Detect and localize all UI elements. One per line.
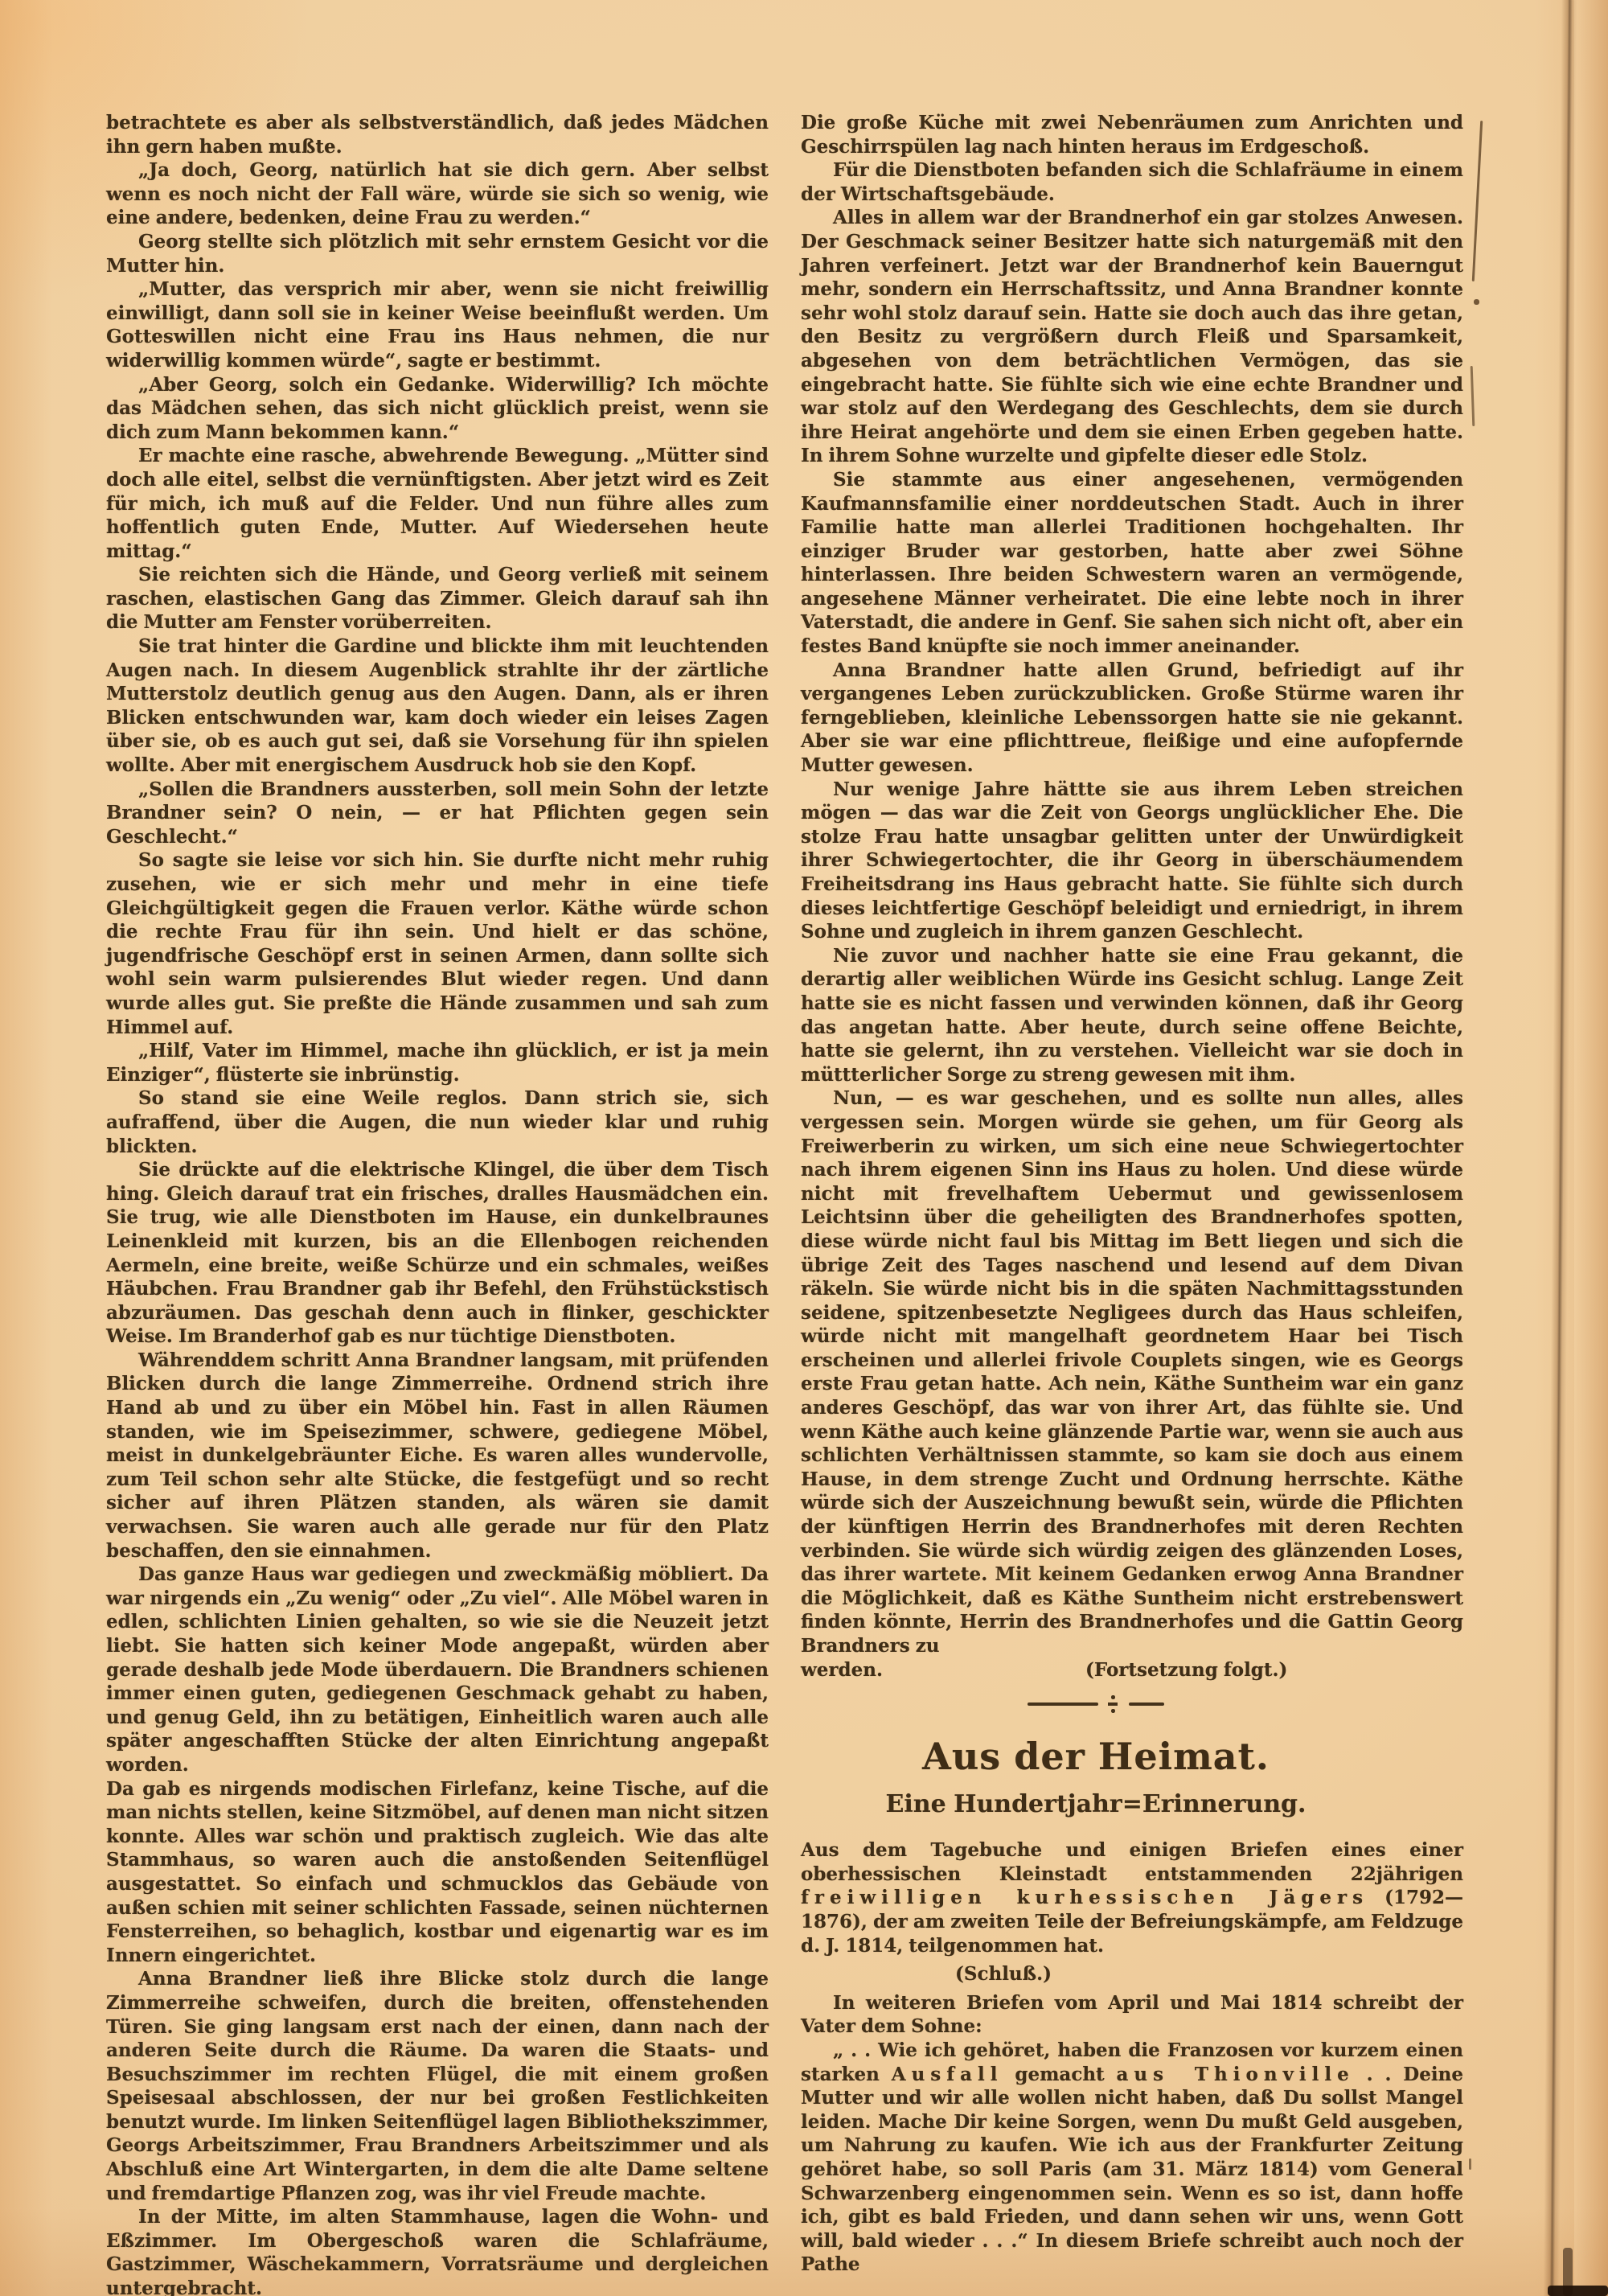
letter-spaced-text: Ausfall	[892, 2064, 1003, 2085]
schluss-note: (Schluß.)	[672, 1962, 1335, 1986]
story-paragraph: Sie stammte aus einer angesehenen, vermö…	[801, 468, 1463, 659]
story-final-word: werden.	[801, 1658, 883, 1682]
story-paragraph: Er machte eine rasche, abwehrende Bewegu…	[106, 444, 769, 563]
story-paragraph: In der Mitte, im alten Stammhause, lagen…	[106, 2205, 769, 2296]
story-paragraph: Alles in allem war der Brandnerhof ein g…	[801, 206, 1463, 468]
letter-spaced-text: aus Thionville	[1117, 2064, 1355, 2085]
article-subtitle: Eine Hundertjahr=Erinnerung.	[765, 1791, 1427, 1817]
story-paragraph: Nun, — es war geschehen, und es sollte n…	[801, 1086, 1463, 1657]
story-paragraph: Da gab es nirgends modischen Firlefanz, …	[106, 1777, 769, 1968]
right-column: Die große Küche mit zwei Nebenräumen zum…	[801, 111, 1463, 2277]
story-paragraph: Sie drückte auf die elektrische Klingel,…	[106, 1158, 769, 1349]
story-paragraph: „Aber Georg, solch ein Gedanke. Widerwil…	[106, 373, 769, 445]
divider-dash-icon	[1028, 1702, 1098, 1706]
story-paragraph: Sie trat hinter die Gardine und blickte …	[106, 635, 769, 778]
text-run: gemacht	[1003, 2064, 1117, 2085]
story-paragraph: „Ja doch, Georg, natürlich hat sie dich …	[106, 158, 769, 230]
ink-mark	[1469, 2158, 1471, 2170]
corner-stain	[1548, 2286, 1608, 2296]
divider-dash-icon	[1129, 1702, 1164, 1706]
story-paragraph: Für die Dienstboten befanden sich die Sc…	[801, 158, 1463, 206]
story-paragraph: Georg stellte sich plötzlich mit sehr er…	[106, 230, 769, 277]
story-paragraph: Nur wenige Jahre hättte sie aus ihrem Le…	[801, 778, 1463, 944]
page-edge-strip	[1574, 0, 1608, 2296]
newspaper-page: betrachtete es aber als selbstverständli…	[0, 0, 1608, 2296]
story-paragraph: Die große Küche mit zwei Nebenräumen zum…	[801, 111, 1463, 158]
section-divider-ornament	[765, 1702, 1427, 1706]
corner-stain	[1563, 2248, 1573, 2296]
article-intro: Aus dem Tagebuche und einigen Briefen ei…	[801, 1838, 1463, 1957]
story-paragraph: In weiteren Briefen vom April und Mai 18…	[801, 1991, 1463, 2039]
story-paragraph: „Sollen die Brandners aussterben, soll m…	[106, 778, 769, 849]
letter-paragraph: „ . . Wie ich gehöret, haben die Franzos…	[801, 2039, 1463, 2277]
story-paragraph: So sagte sie leise vor sich hin. Sie dur…	[106, 848, 769, 1039]
letter-spaced-text: freiwilligen kurhessischen Jägers	[801, 1887, 1368, 1908]
story-paragraph: Anna Brandner hatte allen Grund, befried…	[801, 659, 1463, 778]
text-run: Aus dem Tagebuche und einigen Briefen ei…	[801, 1839, 1463, 1885]
story-paragraph: So stand sie eine Weile reglos. Dann str…	[106, 1086, 769, 1158]
left-column: betrachtete es aber als selbstverständli…	[106, 111, 769, 2296]
divider-center-icon	[1108, 1702, 1118, 1706]
ink-mark	[1474, 299, 1479, 305]
page-fold-crease	[1544, 0, 1577, 2296]
story-final-line: werden. (Fortsetzung folgt.)	[801, 1658, 1463, 1682]
story-paragraph: Nie zuvor und nachher hatte sie eine Fra…	[801, 944, 1463, 1087]
article-body: In weiteren Briefen vom April und Mai 18…	[801, 1991, 1463, 2039]
text-run: . . Deine Mutter und wir alle wollen nic…	[801, 2064, 1463, 2276]
story-paragraph: Währenddem schritt Anna Brandner langsam…	[106, 1349, 769, 1563]
ink-mark	[1471, 366, 1475, 426]
ink-mark	[1472, 121, 1483, 281]
serial-story-continuation: Die große Küche mit zwei Nebenräumen zum…	[801, 111, 1463, 1658]
story-paragraph: „Mutter, das versprich mir aber, wenn si…	[106, 277, 769, 372]
story-paragraph: Das ganze Haus war gediegen und zweckmäß…	[106, 1563, 769, 1776]
story-paragraph: Sie reichten sich die Hände, und Georg v…	[106, 563, 769, 635]
story-paragraph: Anna Brandner ließ ihre Blicke stolz dur…	[106, 1967, 769, 2205]
article-title: Aus der Heimat.	[765, 1736, 1427, 1777]
continuation-note: (Fortsetzung folgt.)	[1085, 1658, 1287, 1682]
story-paragraph: „Hilf, Vater im Himmel, mache ihn glückl…	[106, 1039, 769, 1086]
story-paragraph: betrachtete es aber als selbstverständli…	[106, 111, 769, 158]
